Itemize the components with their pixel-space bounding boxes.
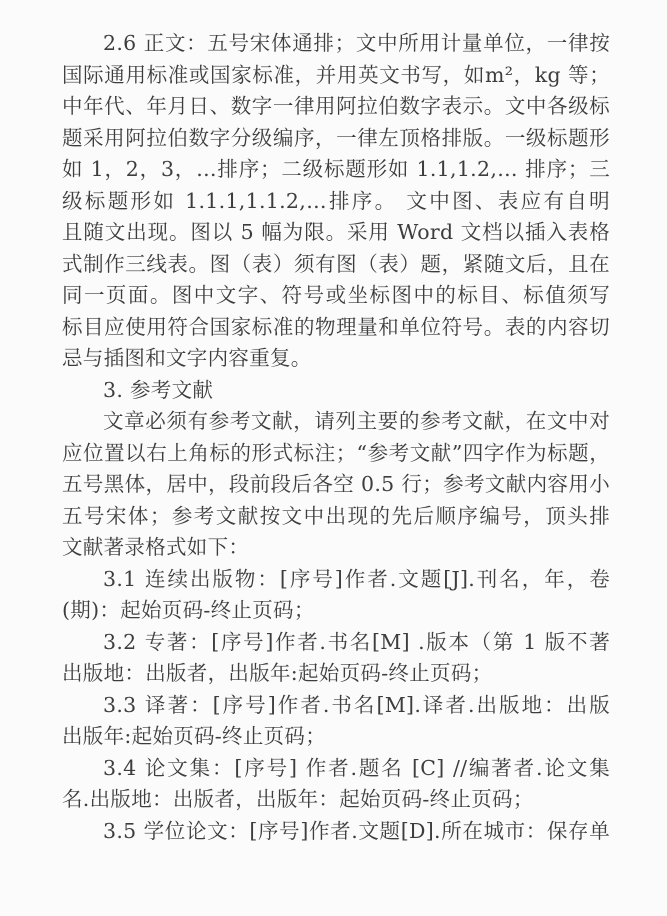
text-line: 中年代、年月日、数字一律用阿拉伯数字表示。文中各级标 — [62, 91, 610, 123]
text-line: 级标题形如 1.1.1,1.1.2,…排序。 文中图、表应有自明性， — [62, 186, 610, 218]
text-line: 忌与插图和文字内容重复。 — [62, 343, 610, 375]
text-line: 国际通用标准或国家标准，并用英文书写，如m²，kg 等；文 — [62, 60, 610, 92]
text-line: 3.4 论文集：[序号] 作者.题名 [C] //编著者.论文集 — [62, 753, 610, 785]
text-line: 出版年:起始页码-终止页码； — [62, 721, 610, 753]
section-heading: 3. 参考文献 — [62, 375, 610, 407]
text-line: 文章必须有参考文献，请列主要的参考文献，在文中对 — [62, 406, 610, 438]
text-line: 且随文出现。图以 5 幅为限。采用 Word 文档以插入表格方 — [62, 217, 610, 249]
text-line: 出版地：出版者，出版年:起始页码-终止页码； — [62, 658, 610, 690]
text-line: (期)：起始页码-终止页码； — [62, 595, 610, 627]
text-line: 题采用阿拉伯数字分级编序，一律左顶格排版。一级标题形 — [62, 123, 610, 155]
text-line: 五号宋体；参考文献按文中出现的先后顺序编号，顶头排版， — [62, 501, 610, 533]
text-line: 3.2 专著：[序号]作者.书名[M] .版本（第 1 版不著录)， — [62, 627, 610, 659]
text-line: 同一页面。图中文字、符号或坐标图中的标目、标值须写清。 — [62, 280, 610, 312]
text-line: 标目应使用符合国家标准的物理量和单位符号。表的内容切 — [62, 312, 610, 344]
text-line: 3.1 连续出版物：[序号]作者.文题[J].刊名，年，卷 — [62, 564, 610, 596]
document-page: 2.6 正文：五号宋体通排；文中所用计量单位，一律按 国际通用标准或国家标准，并… — [0, 0, 667, 916]
text-line: 3.5 学位论文：[序号]作者.文题[D].所在城市：保存单 — [62, 816, 610, 848]
text-line: 文献著录格式如下： — [62, 532, 610, 564]
text-line: 3.3 译著：[序号]作者.书名[M].译者.出版地：出版者， — [62, 690, 610, 722]
text-line: 如 1，2，3，…排序；二级标题形如 1.1,1.2,… 排序；三 — [62, 154, 610, 186]
text-line: 式制作三线表。图（表）须有图（表）题，紧随文后，且在 — [62, 249, 610, 281]
text-line: 2.6 正文：五号宋体通排；文中所用计量单位，一律按 — [62, 28, 610, 60]
text-line: 名.出版地：出版者，出版年：起始页码-终止页码； — [62, 784, 610, 816]
text-line: 应位置以右上角标的形式标注；“参考文献”四字作为标题， — [62, 438, 610, 470]
text-line: 五号黑体，居中，段前段后各空 0.5 行；参考文献内容用小 — [62, 469, 610, 501]
